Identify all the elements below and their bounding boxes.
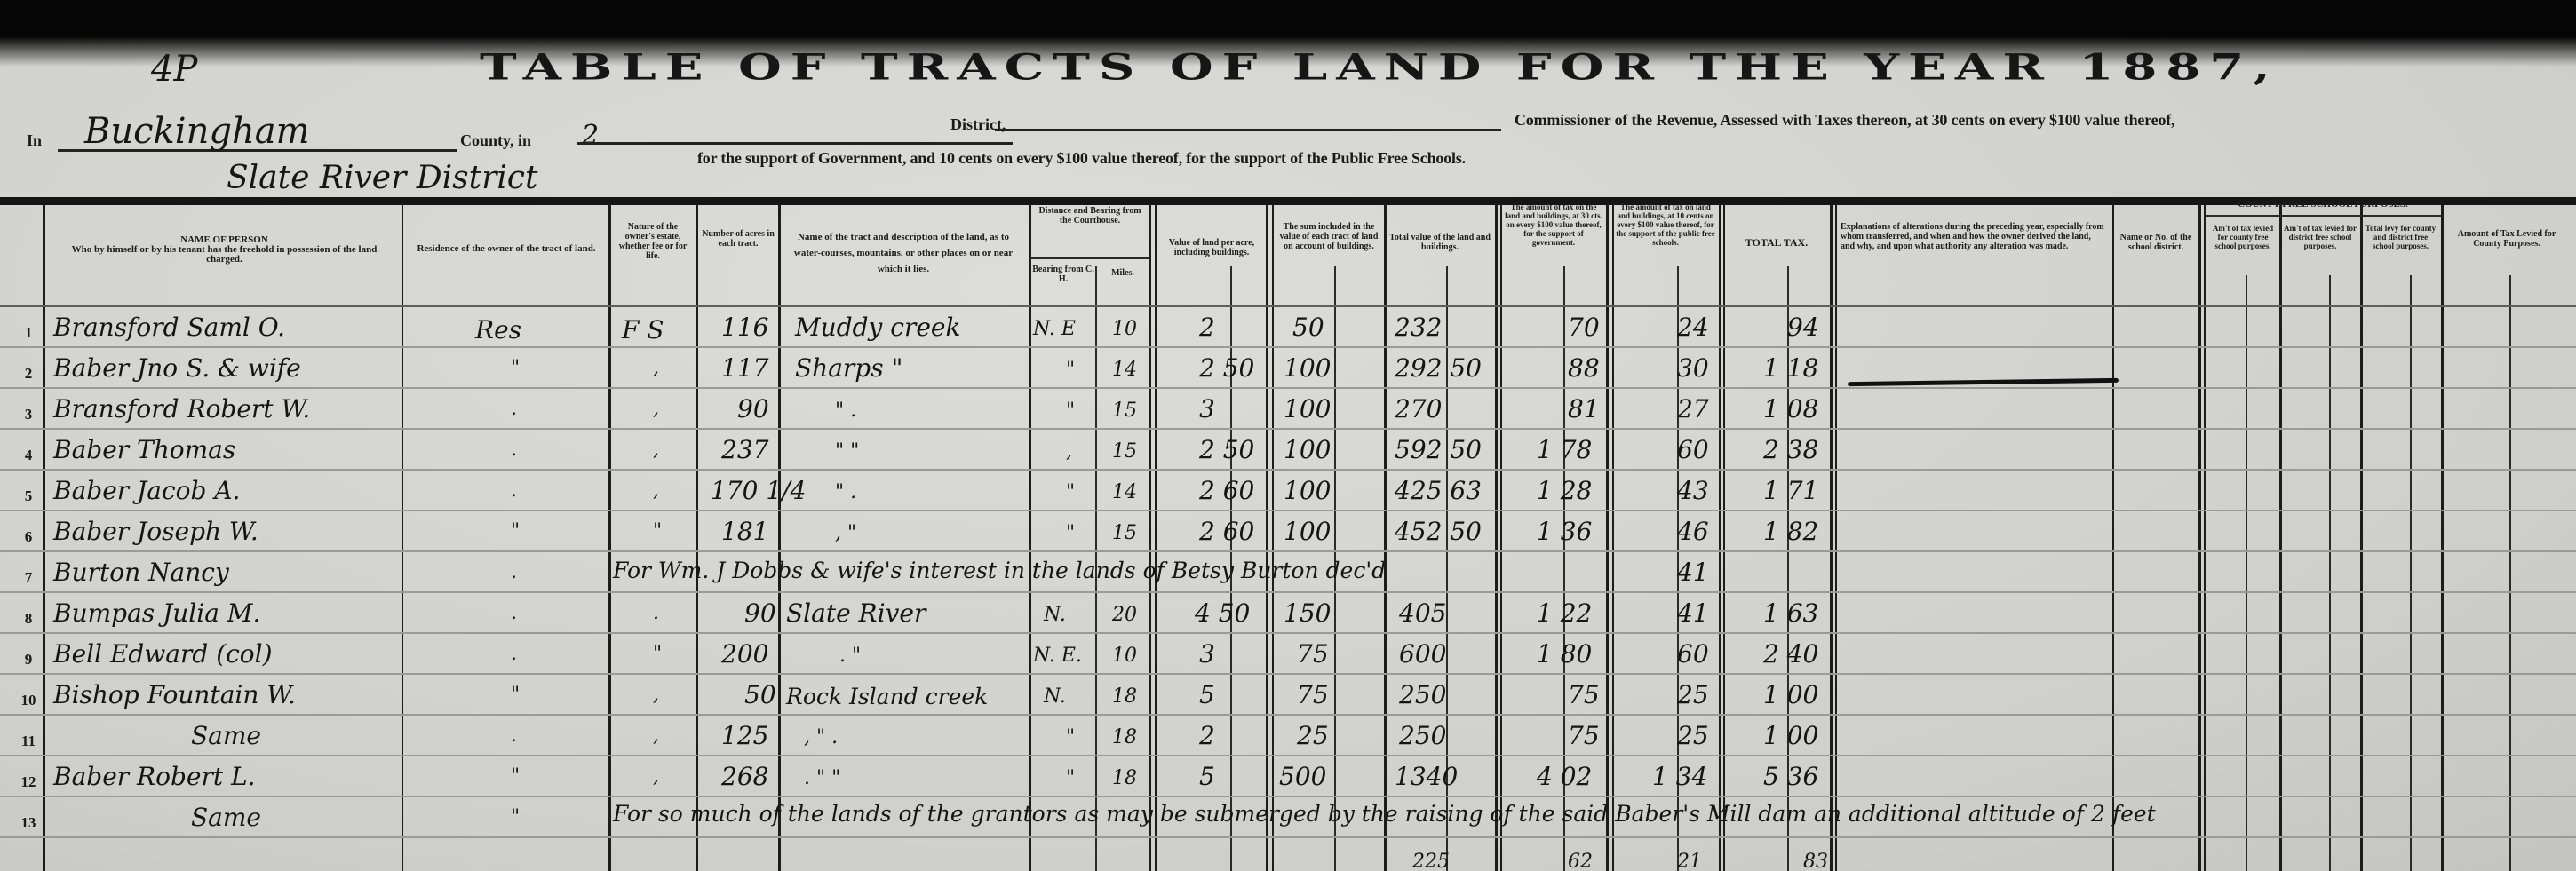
buildings-value: 25 <box>1297 721 1329 750</box>
total-value: 405 <box>1399 598 1446 628</box>
school-tax: 43 <box>1677 476 1709 505</box>
page-title: TABLE OF TRACTS OF LAND FOR THE YEAR 188… <box>480 46 2279 89</box>
state-tax: 81 <box>1568 394 1600 424</box>
estate-nature: , <box>653 439 659 461</box>
header-value-per-acre: Value of land per acre, including buildi… <box>1159 238 1264 257</box>
row-rule <box>0 510 2576 511</box>
estate-nature: . <box>653 602 659 624</box>
tract-description: Slate River <box>786 598 926 628</box>
header-county-free-school: COUNTY FREE SCHOOL PURPOSES. <box>2207 200 2438 210</box>
value-per-acre: 3 <box>1199 394 1215 424</box>
tract-description: " " <box>835 440 859 463</box>
row-number: 13 <box>18 814 39 832</box>
owner-name: Bell Edward (col) <box>53 639 273 669</box>
header-buildings: The sum included in the value of each tr… <box>1276 222 1381 251</box>
value-per-acre: 2 50 <box>1199 435 1254 464</box>
row-rule <box>0 591 2576 593</box>
bearing: " <box>1066 400 1075 422</box>
owner-name: Baber Jacob A. <box>53 476 240 505</box>
state-tax: 1 36 <box>1537 517 1592 546</box>
row-rule <box>0 714 2576 716</box>
tract-description: Sharps " <box>795 353 902 383</box>
total-tax: 2 38 <box>1763 435 1818 464</box>
owner-name: Baber Jno S. & wife <box>53 353 301 383</box>
tract-description: " . <box>835 481 856 503</box>
acres: 237 <box>721 435 768 464</box>
bearing: N. E. <box>1033 645 1082 667</box>
estate-nature: , <box>653 765 659 788</box>
bearing: " <box>1066 359 1075 381</box>
buildings-value: 500 <box>1279 762 1326 791</box>
value-per-acre: 5 <box>1199 762 1215 791</box>
residence: " <box>511 684 520 706</box>
bearing: N. <box>1044 604 1066 626</box>
miles: 15 <box>1112 400 1137 422</box>
bearing: " <box>1066 481 1075 503</box>
acres: 170 1/4 <box>711 476 806 505</box>
row-number: 4 <box>18 447 39 464</box>
tract-description: , " . <box>804 726 838 748</box>
acres: 125 <box>721 721 768 750</box>
school-tax: 41 <box>1677 598 1709 628</box>
total-tax: 83 <box>1803 851 1828 871</box>
school-tax: 25 <box>1677 721 1709 750</box>
header-distance: Distance and Bearing from the Courthouse… <box>1032 206 1148 226</box>
row-rule <box>0 836 2576 838</box>
owner-name: Burton Nancy <box>53 558 229 587</box>
owner-name: Baber Thomas <box>53 435 235 464</box>
header-miles: Miles. <box>1098 268 1148 278</box>
owner-name: Baber Joseph W. <box>53 517 258 546</box>
residence: . <box>511 479 517 502</box>
header-rule <box>0 197 2576 205</box>
owner-name: Same <box>191 721 261 750</box>
acres: 181 <box>721 517 768 546</box>
school-tax: 30 <box>1677 353 1709 383</box>
residence: . <box>511 725 517 747</box>
owner-name: Bransford Saml O. <box>53 313 285 342</box>
value-per-acre: 2 50 <box>1199 353 1254 383</box>
distance-subrule <box>1030 257 1149 259</box>
row-number: 5 <box>18 487 39 505</box>
district-name: Slate River District <box>227 160 537 196</box>
residence: " <box>511 765 520 788</box>
buildings-value: 100 <box>1284 517 1331 546</box>
state-tax: 1 22 <box>1537 598 1592 628</box>
row-rule <box>0 673 2576 675</box>
miles: 10 <box>1112 645 1137 667</box>
buildings-value: 100 <box>1284 353 1331 383</box>
header-bearing: Bearing from C. H. <box>1032 265 1094 284</box>
header-acres: Number of acres in each tract. <box>702 229 775 249</box>
bearing: " <box>1066 726 1075 748</box>
residence: . <box>511 561 517 583</box>
miles: 14 <box>1112 359 1137 381</box>
row-number: 8 <box>18 610 39 628</box>
owner-name: Same <box>191 803 261 832</box>
state-tax: 88 <box>1568 353 1600 383</box>
tract-description: " . <box>835 400 856 422</box>
school-tax: 60 <box>1677 639 1709 669</box>
estate-nature: , <box>653 684 659 706</box>
in-label: In <box>27 131 42 150</box>
miles: 18 <box>1112 685 1137 708</box>
total-value: 270 <box>1395 394 1442 424</box>
miles: 10 <box>1112 318 1137 340</box>
row-rule <box>0 755 2576 756</box>
county-label: County, in <box>460 131 531 150</box>
header-description: Name of the tract and description of the… <box>783 229 1023 277</box>
tract-description: Rock Island creek <box>786 684 988 709</box>
tract-description: . " <box>839 645 861 667</box>
state-tax: 62 <box>1568 851 1593 871</box>
total-value: 1340 <box>1395 762 1458 791</box>
estate-nature: , <box>653 357 659 379</box>
value-per-acre: 5 <box>1199 680 1215 709</box>
total-tax: 1 08 <box>1763 394 1818 424</box>
total-tax: 94 <box>1787 313 1819 342</box>
owner-name: Bishop Fountain W. <box>53 680 296 709</box>
header-county-free-school-county: Am't of tax levied for county free schoo… <box>2208 224 2278 250</box>
state-tax: 1 80 <box>1537 639 1592 669</box>
total-value: 452 50 <box>1395 517 1482 546</box>
school-tax: 1 34 <box>1652 762 1707 791</box>
acres: 200 <box>721 639 768 669</box>
row-number: 1 <box>18 324 39 342</box>
buildings-value: 150 <box>1284 598 1331 628</box>
bearing: " <box>1066 767 1075 789</box>
value-per-acre: 3 <box>1199 639 1215 669</box>
residence: . <box>511 602 517 624</box>
row-number: 10 <box>18 692 39 709</box>
buildings-value: 100 <box>1284 435 1331 464</box>
total-value: 250 <box>1399 721 1446 750</box>
district-line-2 <box>995 129 1501 131</box>
header-total-tax: TOTAL TAX. <box>1727 238 1826 248</box>
header-explanations: Explanations of alterations during the p… <box>1841 222 2107 251</box>
header-residence: Residence of the owner of the tract of l… <box>409 244 604 254</box>
buildings-value: 75 <box>1297 680 1329 709</box>
commissioner-text: Commissioner of the Revenue, Assessed wi… <box>1515 111 2174 130</box>
submerged-note: For so much of the lands of the grantors… <box>613 801 2156 827</box>
row-number: 11 <box>18 732 39 750</box>
col-line <box>2246 275 2247 871</box>
tract-description: , " <box>835 522 856 544</box>
state-tax: 70 <box>1568 313 1600 342</box>
school-tax: 21 <box>1677 851 1702 871</box>
miles: 18 <box>1112 767 1137 789</box>
estate-nature: , <box>653 398 659 420</box>
header-county-free-school-total: Total levy for county and district free … <box>2363 224 2438 250</box>
header-name: NAME OF PERSON Who by himself or by his … <box>53 235 395 265</box>
state-tax: 75 <box>1568 680 1600 709</box>
residence: . <box>511 398 517 420</box>
row-number: 6 <box>18 528 39 546</box>
total-tax: 1 82 <box>1763 517 1818 546</box>
acres: 116 <box>721 313 768 342</box>
total-value: 600 <box>1399 639 1446 669</box>
col-line <box>2329 275 2331 871</box>
residence: " <box>511 806 520 828</box>
residence: " <box>511 357 520 379</box>
value-per-acre: 2 60 <box>1199 517 1254 546</box>
miles: 15 <box>1112 440 1137 463</box>
residence: . <box>511 439 517 461</box>
school-tax: 46 <box>1677 517 1709 546</box>
header-bottom-rule <box>0 305 2576 307</box>
district-line-1 <box>577 142 1013 145</box>
row-rule <box>0 469 2576 471</box>
bearing: N. <box>1044 685 1066 708</box>
total-tax: 2 40 <box>1763 639 1818 669</box>
col-line <box>2509 275 2511 871</box>
total-value: 292 50 <box>1395 353 1482 383</box>
acres: 117 <box>721 353 768 383</box>
header-county-purposes: Amount of Tax Levied for County Purposes… <box>2445 229 2569 249</box>
acres: 90 <box>737 394 769 424</box>
school-tax: 27 <box>1677 394 1709 424</box>
tract-description: Muddy creek <box>795 313 960 342</box>
county-free-school-subrule <box>2206 215 2441 217</box>
total-tax: 1 71 <box>1763 476 1818 505</box>
district-number: 2 <box>582 120 599 151</box>
total-tax: 1 00 <box>1763 721 1818 750</box>
value-per-acre: 4 50 <box>1195 598 1250 628</box>
total-value: 425 63 <box>1395 476 1482 505</box>
acres: 268 <box>721 762 768 791</box>
value-per-acre: 2 <box>1199 721 1215 750</box>
row-rule <box>0 796 2576 797</box>
bearing: , <box>1066 440 1072 463</box>
support-text: for the support of Government, and 10 ce… <box>697 149 1466 168</box>
row-rule <box>0 632 2576 634</box>
total-tax: 1 00 <box>1763 680 1818 709</box>
page-mark: 4P <box>151 49 197 90</box>
row-number: 3 <box>18 406 39 424</box>
header-state-tax: The amount of tax on the land and buildi… <box>1504 202 1603 272</box>
total-tax: 5 36 <box>1763 762 1818 791</box>
residence: " <box>511 520 520 542</box>
owner-name: Bumpas Julia M. <box>53 598 260 628</box>
state-tax: 1 78 <box>1537 435 1592 464</box>
owner-name: Baber Robert L. <box>53 762 256 791</box>
estate-nature: " <box>653 643 662 665</box>
residence: . <box>511 643 517 665</box>
row-number: 7 <box>18 569 39 587</box>
miles: 18 <box>1112 726 1137 748</box>
row-rule <box>0 428 2576 430</box>
estate-nature: , <box>653 479 659 502</box>
col-line <box>2410 275 2412 871</box>
value-per-acre: 2 <box>1199 313 1215 342</box>
row-number: 9 <box>18 651 39 669</box>
miles: 20 <box>1112 604 1137 626</box>
interest-note: For Wm. J Dobbs & wife's interest in the… <box>613 558 1386 583</box>
header-school-tax: The amount of tax on land and buildings,… <box>1616 202 1715 272</box>
miles: 15 <box>1112 522 1137 544</box>
value-per-acre: 2 60 <box>1199 476 1254 505</box>
acres: 90 <box>744 598 776 628</box>
row-rule <box>0 550 2576 552</box>
total-value: 232 <box>1395 313 1442 342</box>
header-school-district: Name or No. of the school district. <box>2116 233 2196 252</box>
bearing: N. E <box>1033 318 1076 340</box>
acres: 50 <box>744 680 776 709</box>
buildings-value: 100 <box>1284 476 1331 505</box>
total-value: 592 50 <box>1395 435 1482 464</box>
state-tax: 75 <box>1568 721 1600 750</box>
miles: 14 <box>1112 481 1137 503</box>
total-value: 250 <box>1399 680 1446 709</box>
residence: Res <box>475 315 521 344</box>
bearing: " <box>1066 522 1075 544</box>
estate-nature: " <box>653 520 662 542</box>
estate-nature: F S <box>622 315 664 344</box>
tract-description: . " " <box>804 767 840 789</box>
header-county-free-school-district: Am't of tax levied for district free sch… <box>2283 224 2357 250</box>
buildings-value: 75 <box>1297 639 1329 669</box>
school-tax: 24 <box>1677 313 1709 342</box>
estate-nature: , <box>653 725 659 747</box>
header-total-value: Total value of the land and buildings. <box>1387 233 1492 252</box>
state-tax: 4 02 <box>1537 762 1592 791</box>
row-rule <box>0 387 2576 389</box>
total-value: 225 <box>1412 851 1450 871</box>
school-tax: 41 <box>1677 558 1709 587</box>
header-nature: Nature of the owner's estate, whether fe… <box>613 222 693 293</box>
buildings-value: 50 <box>1292 313 1324 342</box>
row-number: 12 <box>18 773 39 791</box>
total-tax: 1 63 <box>1763 598 1818 628</box>
county-value: Buckingham <box>84 111 310 152</box>
state-tax: 1 28 <box>1537 476 1592 505</box>
school-tax: 25 <box>1677 680 1709 709</box>
buildings-value: 100 <box>1284 394 1331 424</box>
total-tax: 1 18 <box>1763 353 1818 383</box>
row-rule <box>0 346 2576 348</box>
row-number: 2 <box>18 365 39 383</box>
school-tax: 60 <box>1677 435 1709 464</box>
owner-name: Bransford Robert W. <box>53 394 310 424</box>
